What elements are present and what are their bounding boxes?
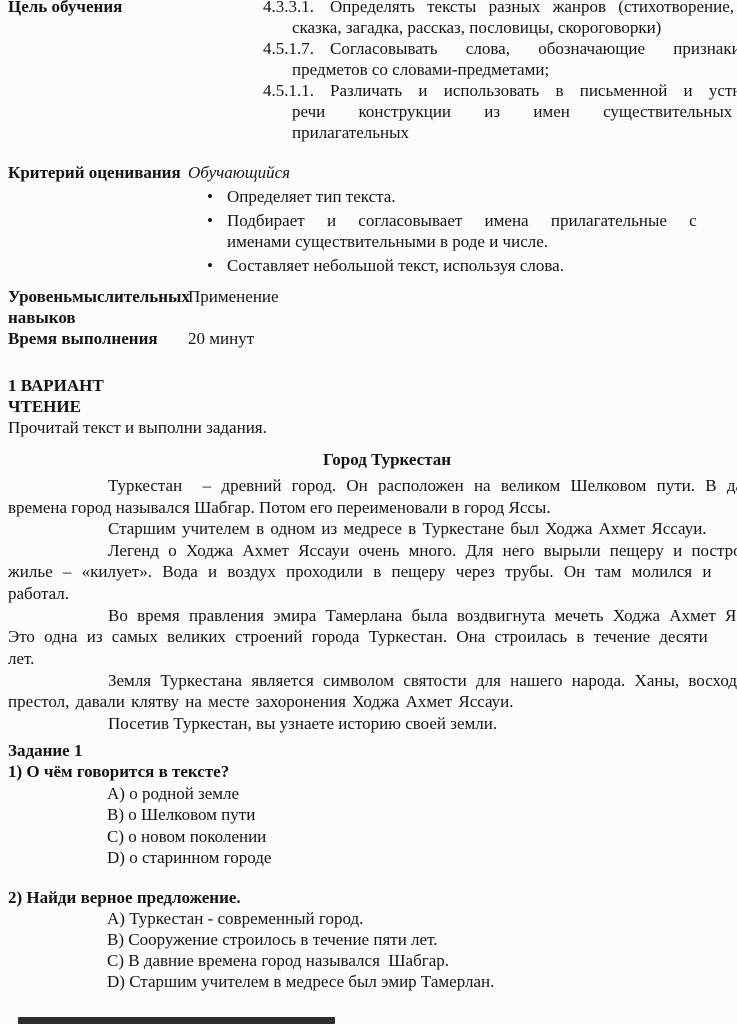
q2-option-c: С) В давние времена город назывался Шабг…: [107, 950, 449, 972]
skills-label-line1: Уровень мыслительных: [8, 286, 180, 308]
q1-option-d: D) о старинном городе: [107, 847, 271, 869]
objective-line: Согласовывать слова, обозначающие призна…: [330, 38, 737, 60]
q2-option-b: В) Сооружение строилось в течение пяти л…: [107, 929, 437, 951]
bullet-icon: •: [207, 210, 213, 232]
objective-code: 4.3.3.1.: [263, 0, 314, 18]
criteria-bullet-line: Определяет тип текста.: [227, 186, 396, 208]
reading-line: престол, давали клятву на месте захороне…: [8, 691, 514, 713]
q1-option-a: А) о родной земле: [107, 783, 239, 805]
objective-code: 4.5.1.1.: [263, 80, 314, 102]
reading-line: Это одна из самых великих строений город…: [8, 626, 708, 648]
section-title: ЧТЕНИЕ: [8, 396, 81, 418]
skills-label-word2: мыслительных: [72, 286, 190, 308]
q1-option-c: С) о новом поколении: [107, 826, 266, 848]
criteria-label: Критерий оценивания: [8, 162, 181, 184]
skills-value: Применение: [188, 286, 279, 308]
variant-title: 1 ВАРИАНТ: [8, 375, 104, 397]
reading-line: жилье – «килует». Вода и воздух проходил…: [8, 561, 711, 583]
scan-artifact-bar: [18, 1017, 335, 1024]
bullet-icon: •: [207, 255, 213, 277]
reading-line: Посетив Туркестан, вы узнаете историю св…: [108, 713, 497, 735]
question-1: 1) О чём говорится в тексте?: [8, 761, 229, 783]
time-label: Время выполнения: [8, 328, 158, 350]
time-value: 20 минут: [188, 328, 254, 350]
task-title: Задание 1: [8, 740, 82, 762]
question-2: 2) Найди верное предложение.: [8, 887, 241, 909]
reading-line: Земля Туркестана является символом свято…: [108, 670, 737, 692]
skills-label-word1: Уровень: [8, 286, 72, 308]
criteria-bullet-line: Составляет небольшой текст, используя сл…: [227, 255, 564, 277]
q1-option-b: В) о Шелковом пути: [107, 804, 255, 826]
reading-line: Старшим учителем в одном из медресе в Ту…: [108, 518, 707, 540]
reading-line: работал.: [8, 583, 69, 605]
reading-title: Город Туркестан: [8, 449, 737, 471]
reading-line: Во время правления эмира Тамерлана была …: [108, 605, 737, 627]
reading-line: Туркестан – древний город. Он расположен…: [108, 475, 737, 497]
skills-label-line2: навыков: [8, 307, 76, 329]
document-page: Цель обучения 4.3.3.1. Определять тексты…: [0, 0, 737, 1024]
objective-line: Определять тексты разных жанров (стихотв…: [330, 0, 734, 18]
objective-line: сказка, загадка, рассказ, пословицы, ско…: [292, 17, 661, 39]
instruction-text: Прочитай текст и выполни задания.: [8, 417, 267, 439]
objective-line: Различать и использовать в письменной и …: [330, 80, 737, 102]
q2-option-a: А) Туркестан - современный город.: [107, 908, 363, 930]
bullet-icon: •: [207, 186, 213, 208]
objective-code: 4.5.1.7.: [263, 38, 314, 60]
objective-line: предметов со словами-предметами;: [292, 59, 549, 81]
criteria-bullet-line: Подбирает и согласовывает имена прилагат…: [227, 210, 697, 232]
reading-line: лет.: [8, 648, 34, 670]
criteria-subject: Обучающийся: [188, 162, 290, 184]
reading-line: Легенд о Ходжа Ахмет Яссауи очень много.…: [108, 540, 737, 562]
reading-line: времена город назывался Шабгар. Потом ег…: [8, 497, 551, 519]
objective-line: прилагательных: [292, 122, 409, 144]
criteria-bullet-line: именами существительными в роде и числе.: [227, 231, 548, 253]
goal-label: Цель обучения: [8, 0, 122, 18]
q2-option-d: D) Старшим учителем в медресе был эмир Т…: [107, 971, 494, 993]
objective-line: речи конструкции из имен существительных: [292, 101, 732, 123]
